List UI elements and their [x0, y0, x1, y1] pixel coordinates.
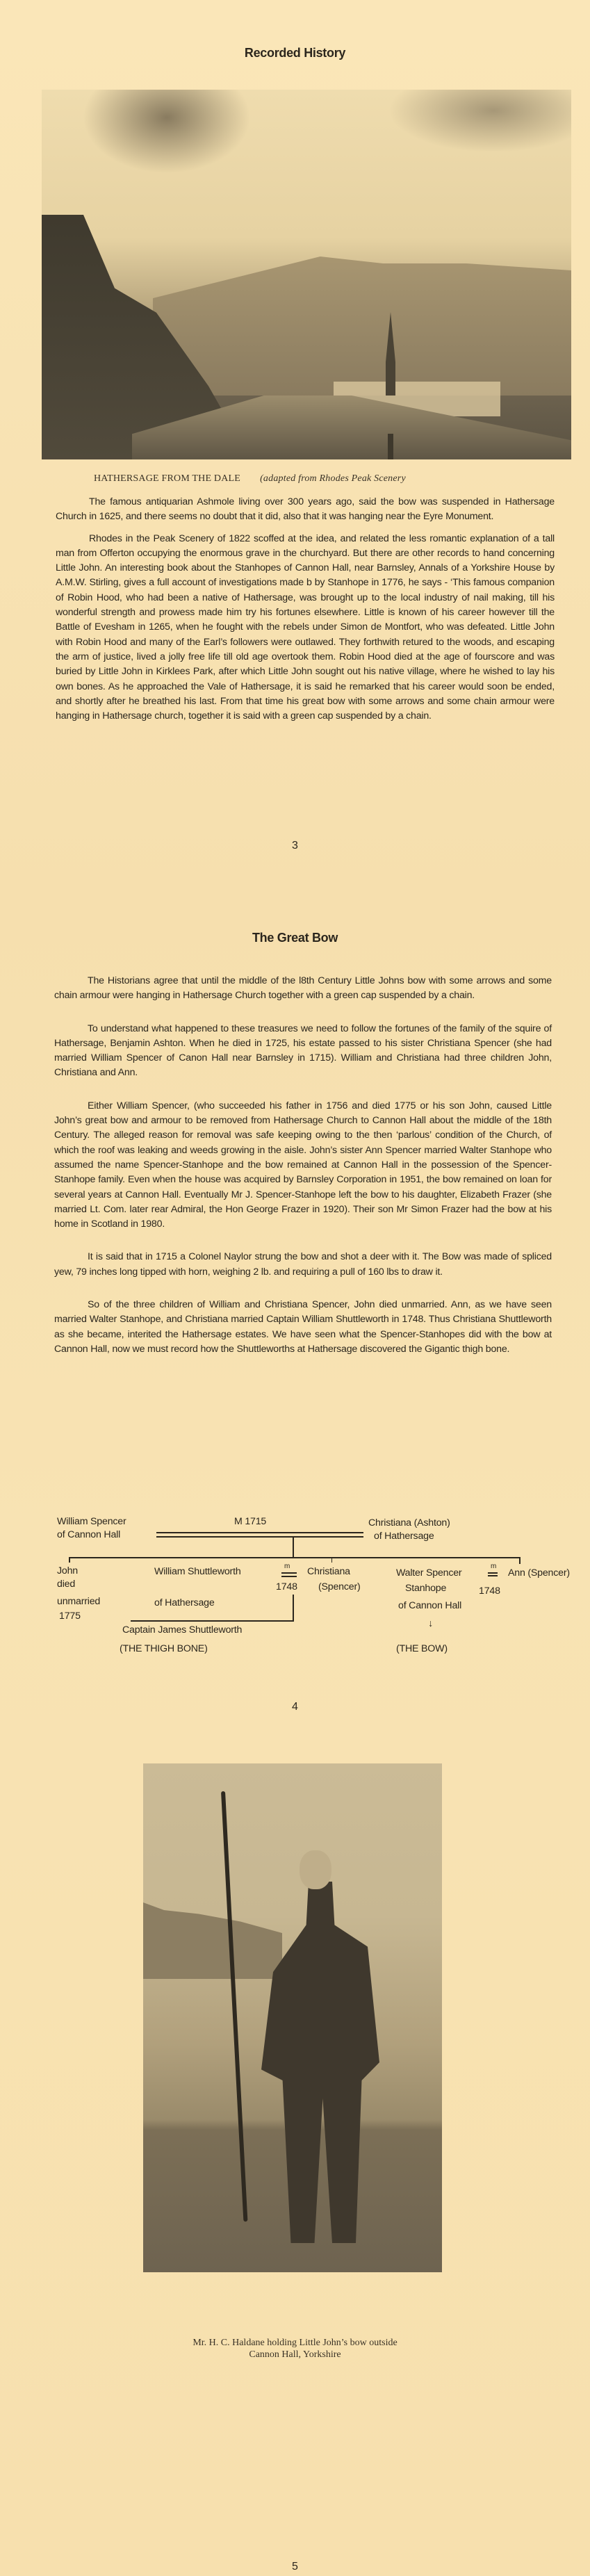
shuttleworth-descent-line — [293, 1595, 294, 1622]
photo-man-head — [300, 1850, 331, 1889]
page-title-great-bow: The Great Bow — [0, 931, 590, 945]
recorded-history-body: The famous antiquarian Ashmole living ov… — [56, 495, 555, 731]
page-number: 5 — [0, 2561, 590, 2573]
tree-christiana-spencer: Christiana — [307, 1565, 350, 1579]
tree-marriage-symbol: m — [284, 1560, 290, 1573]
marriage-bar — [488, 1575, 498, 1576]
marriage-line-top — [156, 1532, 363, 1533]
descent-line — [293, 1537, 294, 1558]
tree-captain-james: Captain James Shuttleworth — [122, 1624, 242, 1637]
sibling-line — [69, 1557, 521, 1558]
engraving-hills — [153, 256, 571, 396]
engraving-archer-figure — [388, 434, 393, 459]
marriage-line-bottom — [156, 1536, 363, 1538]
sibling-tick-john — [69, 1557, 70, 1563]
photo-caption: Mr. H. C. Haldane holding Little John’s … — [0, 2337, 590, 2361]
family-tree-diagram: William Spencer of Cannon Hall M 1715 Ch… — [0, 1508, 590, 1689]
paragraph: The famous antiquarian Ashmole living ov… — [56, 495, 555, 525]
haldane-bow-photograph — [143, 1763, 442, 2272]
tree-marriage-1715: M 1715 — [234, 1515, 266, 1529]
photo-longbow — [221, 1791, 247, 2222]
page-number: 4 — [0, 1701, 590, 1713]
photo-shrubbery — [143, 1902, 282, 1979]
marriage-bar — [488, 1572, 498, 1574]
tree-father: William Spencer of Cannon Hall — [57, 1515, 126, 1542]
tree-of-cannon-hall: of Cannon Hall — [398, 1599, 461, 1613]
tree-mother: Christiana (Ashton) of Hathersage — [368, 1517, 450, 1543]
tree-christiana-maiden: (Spencer) — [318, 1581, 361, 1594]
tree-of-hathersage: of Hathersage — [154, 1597, 215, 1610]
figure-caption-credit: (adapted from Rhodes Peak Scenery — [260, 473, 406, 484]
page-number: 3 — [0, 840, 590, 852]
tree-john: John died unmarried 1775 — [57, 1563, 100, 1625]
paragraph: It is said that in 1715 a Colonel Naylor… — [54, 1250, 552, 1280]
sibling-tick-christiana — [331, 1557, 332, 1563]
paragraph: Rhodes in the Peak Scenery of 1822 scoff… — [56, 532, 555, 724]
tree-shuttleworth-year: 1748 — [276, 1581, 297, 1594]
down-arrow-icon: ↓ — [428, 1617, 433, 1631]
paragraph: The Historians agree that until the midd… — [54, 974, 552, 1004]
page-title-recorded-history: Recorded History — [0, 46, 590, 60]
tree-stanhope: Stanhope — [405, 1582, 446, 1595]
tree-william-shuttleworth: William Shuttleworth — [154, 1565, 241, 1579]
great-bow-body: The Historians agree that until the midd… — [54, 974, 552, 1375]
marriage-bar — [281, 1572, 297, 1574]
paragraph: To understand what happened to these tre… — [54, 1022, 552, 1081]
shuttleworth-child-line — [131, 1620, 294, 1622]
figure-caption-title: HATHERSAGE FROM THE DALE — [94, 473, 240, 484]
tree-marriage-symbol-2: m — [491, 1560, 496, 1573]
figure-caption: HATHERSAGE FROM THE DALE(adapted from Rh… — [94, 473, 539, 484]
sibling-tick-ann — [519, 1557, 521, 1564]
tree-stanhope-year: 1748 — [479, 1585, 500, 1598]
paragraph: Either William Spencer, (who succeeded h… — [54, 1099, 552, 1232]
marriage-bar — [281, 1576, 297, 1577]
paragraph: So of the three children of William and … — [54, 1298, 552, 1357]
tree-walter-spencer: Walter Spencer — [396, 1567, 461, 1580]
tree-ann-spencer: Ann (Spencer) — [508, 1567, 570, 1580]
hathersage-engraving-image — [42, 90, 571, 459]
tree-the-bow: (THE BOW) — [396, 1642, 448, 1656]
tree-thigh-bone: (THE THIGH BONE) — [120, 1642, 208, 1656]
